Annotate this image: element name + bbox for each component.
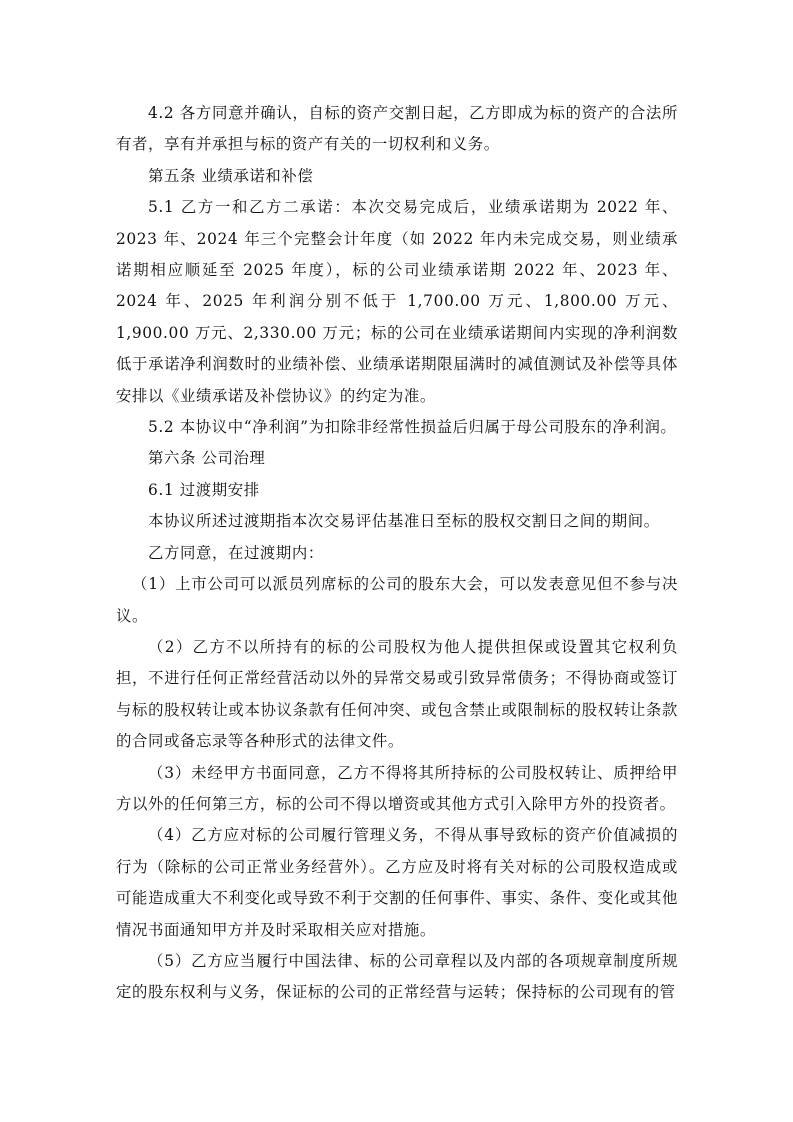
article-5-heading: 第五条 业绩承诺和补偿 — [116, 161, 678, 192]
list-item-2: （2）乙方不以所持有的标的公司股权为他人提供担保或设置其它权利负担，不进行任何正… — [116, 632, 678, 758]
party-b-agreement-intro: 乙方同意，在过渡期内： — [116, 538, 678, 569]
document-page: 4.2 各方同意并确认，自标的资产交割日起，乙方即成为标的资产的合法所有者，享有… — [116, 98, 678, 1009]
list-item-3: （3）未经甲方书面同意，乙方不得将其所持标的公司股权转让、质押给甲方以外的任何第… — [116, 758, 678, 821]
article-6-heading: 第六条 公司治理 — [116, 443, 678, 474]
clause-4-2: 4.2 各方同意并确认，自标的资产交割日起，乙方即成为标的资产的合法所有者，享有… — [116, 98, 678, 161]
list-item-5: （5）乙方应当履行中国法律、标的公司章程以及内部的各项规章制度所规定的股东权利与… — [116, 946, 678, 1009]
clause-5-1: 5.1 乙方一和乙方二承诺：本次交易完成后，业绩承诺期为 2022 年、2023… — [116, 192, 678, 412]
list-item-4: （4）乙方应对标的公司履行管理义务，不得从事导致标的资产价值减损的行为（除标的公… — [116, 820, 678, 946]
clause-6-1-heading: 6.1 过渡期安排 — [116, 475, 678, 506]
transition-period-definition: 本协议所述过渡期指本次交易评估基准日至标的股权交割日之间的期间。 — [116, 506, 678, 537]
clause-5-2: 5.2 本协议中“净利润”为扣除非经常性损益后归属于母公司股东的净利润。 — [116, 412, 678, 443]
list-item-1: （1）上市公司可以派员列席标的公司的股东大会，可以发表意见但不参与决议。 — [116, 569, 678, 632]
